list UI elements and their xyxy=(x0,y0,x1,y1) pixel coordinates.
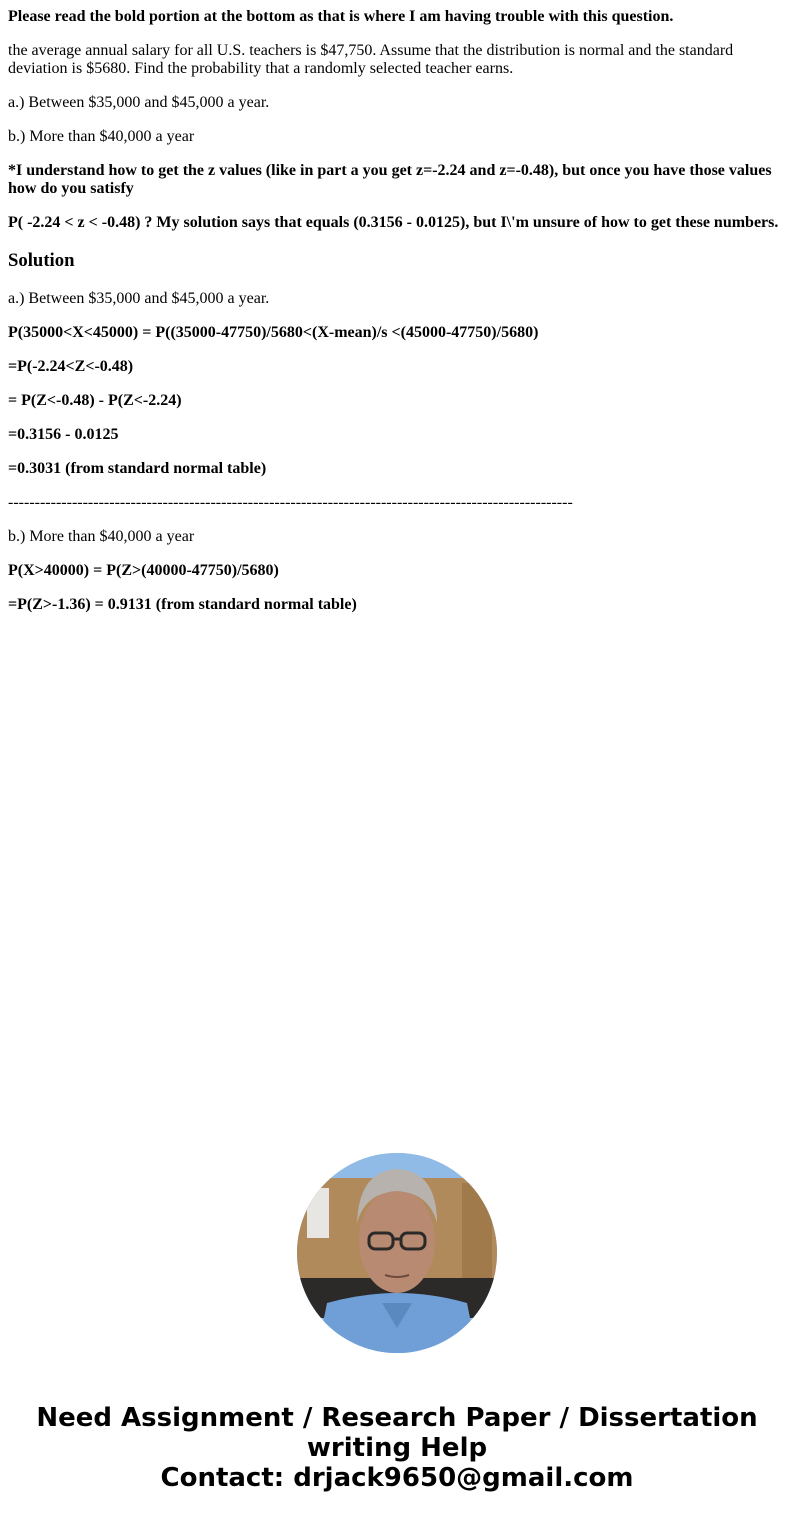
promo-banner: Need Assignment / Research Paper / Disse… xyxy=(0,1403,794,1493)
solution-step: =P(Z>-1.36) = 0.9131 (from standard norm… xyxy=(8,596,786,614)
solution-part-b-label: b.) More than $40,000 a year xyxy=(8,528,786,546)
solution-part-a-label: a.) Between $35,000 and $45,000 a year. xyxy=(8,290,786,308)
question-part-a: a.) Between $35,000 and $45,000 a year. xyxy=(8,94,786,112)
question-part-b: b.) More than $40,000 a year xyxy=(8,128,786,146)
question-problem: the average annual salary for all U.S. t… xyxy=(8,42,786,78)
solution-step: =0.3031 (from standard normal table) xyxy=(8,460,786,478)
section-divider: ----------------------------------------… xyxy=(8,494,786,512)
promo-line-2: writing Help xyxy=(0,1433,794,1463)
promo-contact: Contact: drjack9650@gmail.com xyxy=(0,1463,794,1493)
author-avatar xyxy=(297,1153,497,1353)
promo-line-1: Need Assignment / Research Paper / Disse… xyxy=(0,1403,794,1433)
solution-step: =P(-2.24<Z<-0.48) xyxy=(8,358,786,376)
solution-step: =0.3156 - 0.0125 xyxy=(8,426,786,444)
solution-step: P(35000<X<45000) = P((35000-47750)/5680<… xyxy=(8,324,786,342)
solution-heading: Solution xyxy=(8,250,786,272)
solution-step: = P(Z<-0.48) - P(Z<-2.24) xyxy=(8,392,786,410)
question-clarification-2: P( -2.24 < z < -0.48) ? My solution says… xyxy=(8,214,786,232)
question-clarification-1: *I understand how to get the z values (l… xyxy=(8,162,786,198)
document: Please read the bold portion at the bott… xyxy=(0,8,794,614)
solution-step: P(X>40000) = P(Z>(40000-47750)/5680) xyxy=(8,562,786,580)
person-photo-icon xyxy=(297,1153,497,1353)
question-intro: Please read the bold portion at the bott… xyxy=(8,8,786,26)
